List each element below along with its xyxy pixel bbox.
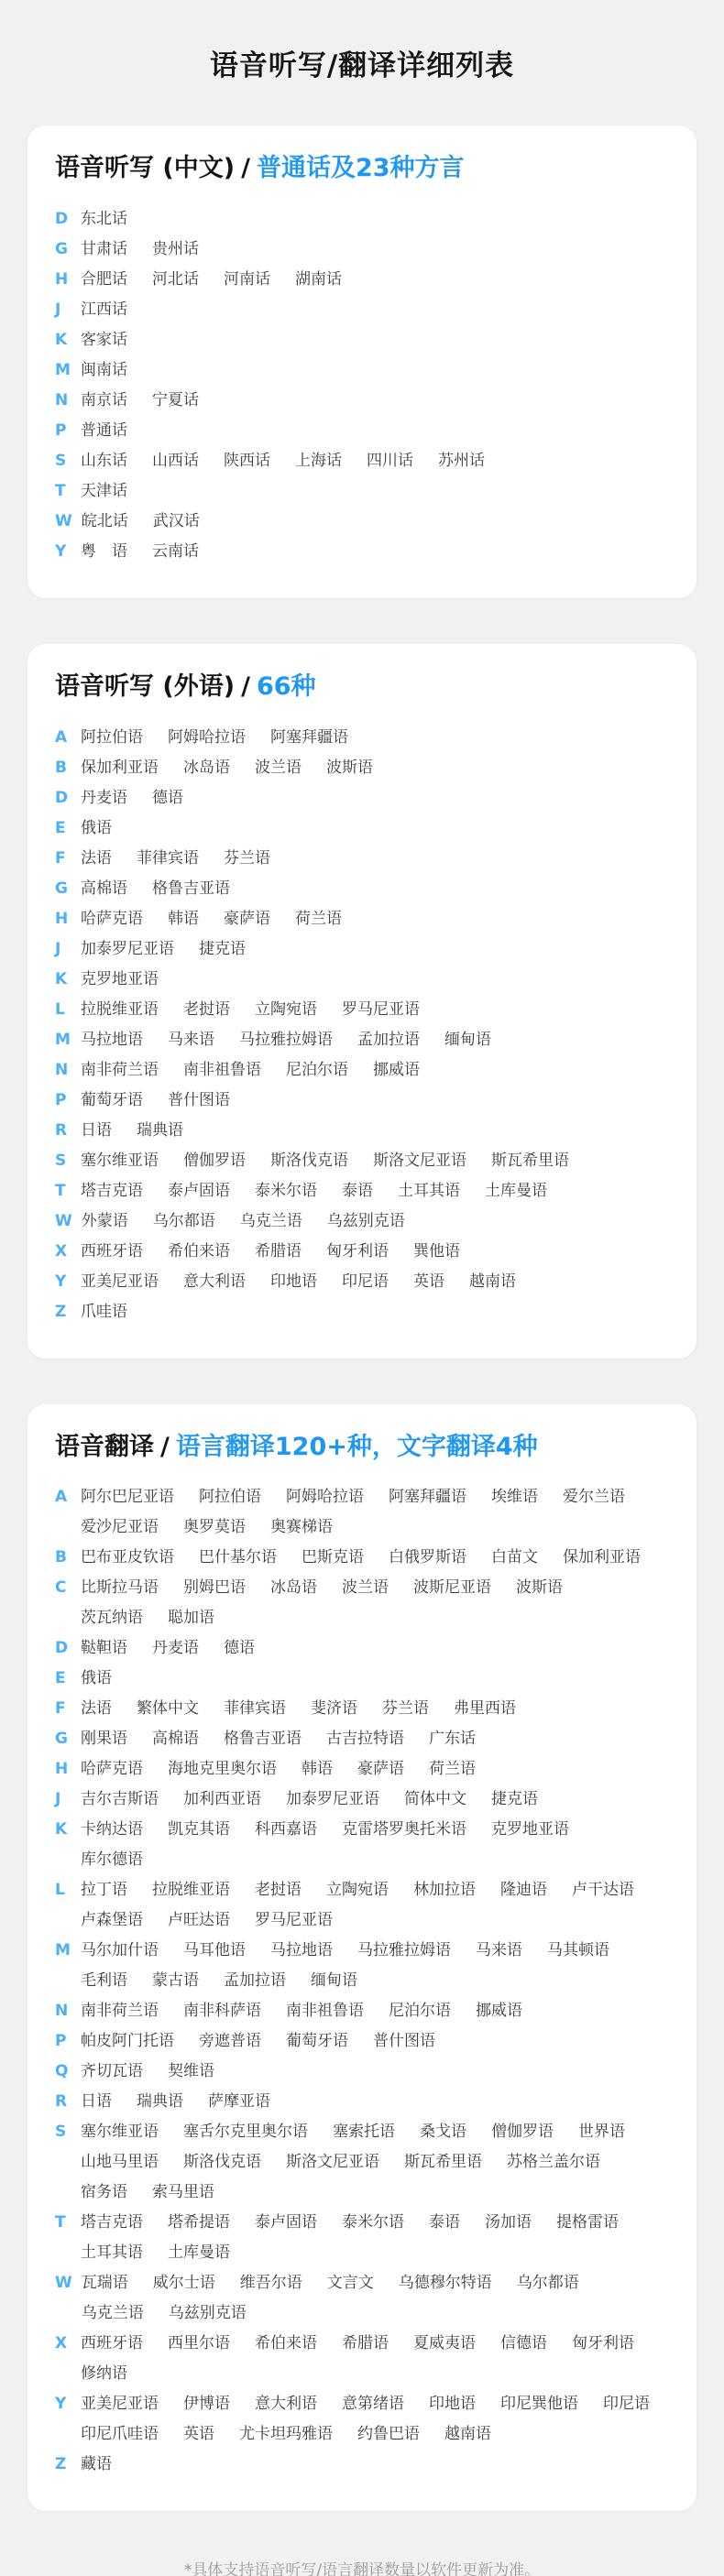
- language-item: 库尔德语: [81, 1845, 143, 1875]
- index-letter: L: [55, 995, 71, 1025]
- index-letter: N: [55, 1996, 71, 2026]
- language-item: 马拉雅拉姆语: [357, 1936, 451, 1966]
- index-letter: H: [55, 265, 71, 295]
- language-item: 老挝语: [183, 995, 230, 1025]
- language-item: 韩语: [302, 1754, 333, 1785]
- language-item: 克罗地亚语: [491, 1815, 569, 1845]
- language-item: 塞舌尔克里奥尔语: [183, 2117, 308, 2147]
- language-item: 白俄罗斯语: [389, 1543, 466, 1573]
- index-letter: H: [55, 904, 71, 934]
- language-item: 越南语: [469, 1267, 516, 1297]
- language-item: 河北话: [152, 265, 199, 295]
- language-item: 塞尔维亚语: [81, 1146, 159, 1176]
- card-heading-blue: 普通话及23种方言: [257, 154, 465, 182]
- language-row: X西班牙语希伯来语希腊语匈牙利语巽他语: [55, 1237, 669, 1267]
- language-item: 冰岛语: [270, 1573, 317, 1603]
- language-item: 葡萄牙语: [81, 1086, 143, 1116]
- language-item: 齐切瓦语: [81, 2057, 143, 2087]
- language-item: 威尔士语: [153, 2268, 215, 2298]
- language-item: 立陶宛语: [326, 1875, 389, 1905]
- language-item: 斐济语: [311, 1694, 357, 1724]
- language-item: 哈萨克语: [81, 904, 143, 934]
- language-item: 土库曼语: [168, 2238, 230, 2268]
- language-item: 旁遮普语: [199, 2026, 261, 2057]
- language-row: N南非荷兰语南非祖鲁语尼泊尔语挪威语: [55, 1055, 669, 1086]
- language-row: N南非荷兰语南非科萨语南非祖鲁语尼泊尔语挪威语: [55, 1996, 669, 2026]
- language-item: 蒙古语: [152, 1966, 199, 1996]
- index-letter: B: [55, 753, 71, 783]
- language-item: 乌兹别克语: [169, 2298, 247, 2329]
- language-item: 捷克语: [491, 1785, 538, 1815]
- language-item: 塔吉克语: [81, 1176, 143, 1206]
- language-item: 泰语: [342, 1176, 373, 1206]
- index-letter: F: [55, 844, 71, 874]
- language-item: 四川话: [367, 446, 413, 476]
- index-letter: D: [55, 783, 71, 813]
- language-item: 阿尔巴尼亚语: [81, 1482, 174, 1512]
- language-item: 繁体中文: [137, 1694, 199, 1724]
- language-row: K卡纳达语凯克其语科西嘉语克雷塔罗奥托米语克罗地亚语库尔德语: [55, 1815, 669, 1875]
- language-item: 葡萄牙语: [286, 2026, 348, 2057]
- language-item: 乌尔都语: [517, 2268, 579, 2298]
- language-item: 印地语: [270, 1267, 317, 1297]
- page-title: 语音听写/翻译详细列表: [0, 0, 724, 83]
- language-item: 克雷塔罗奥托米语: [342, 1815, 466, 1845]
- language-item: 匈牙利语: [572, 2329, 634, 2359]
- index-letter: P: [55, 1086, 71, 1116]
- language-item: 提格雷语: [556, 2208, 619, 2238]
- index-letter: L: [55, 1875, 71, 1905]
- language-item: 埃维语: [491, 1482, 538, 1512]
- language-item: 简体中文: [404, 1785, 466, 1815]
- language-item: 江西话: [81, 295, 127, 325]
- language-item: 罗马尼亚语: [342, 995, 420, 1025]
- language-item: 孟加拉语: [224, 1966, 286, 1996]
- language-item: 马来语: [168, 1025, 214, 1055]
- language-item: 印地语: [429, 2389, 476, 2419]
- language-row: W瓦瑞语威尔士语维吾尔语文言文乌德穆尔特语乌尔都语乌克兰语乌兹别克语: [55, 2268, 669, 2329]
- index-letter: Z: [55, 2450, 71, 2480]
- language-row: E俄语: [55, 1664, 669, 1694]
- language-item: 阿姆哈拉语: [286, 1482, 364, 1512]
- language-item: 卢森堡语: [81, 1905, 143, 1936]
- index-letter: W: [55, 1206, 72, 1237]
- language-row: F法语繁体中文菲律宾语斐济语芬兰语弗里西语: [55, 1694, 669, 1724]
- language-item: 罗马尼亚语: [255, 1905, 333, 1936]
- language-rows: A阿尔巴尼亚语阿拉伯语阿姆哈拉语阿塞拜疆语埃维语爱尔兰语爱沙尼亚语奥罗莫语奥赛梯…: [55, 1482, 669, 2480]
- language-item: 乌克兰语: [82, 2298, 144, 2329]
- language-row: W外蒙语乌尔都语乌克兰语乌兹别克语: [55, 1206, 669, 1237]
- language-item: 希伯来语: [255, 2329, 317, 2359]
- language-row: T塔吉克语塔希提语泰卢固语泰米尔语泰语汤加语提格雷语土耳其语土库曼语: [55, 2208, 669, 2268]
- language-item: 普通话: [81, 416, 127, 446]
- language-item: 林加拉语: [413, 1875, 476, 1905]
- language-item: 夏威夷语: [413, 2329, 476, 2359]
- language-item: 马耳他语: [183, 1936, 246, 1966]
- language-item: 拉脱维亚语: [152, 1875, 230, 1905]
- language-row: J吉尔吉斯语加利西亚语加泰罗尼亚语简体中文捷克语: [55, 1785, 669, 1815]
- language-item: 科西嘉语: [255, 1815, 317, 1845]
- language-item: 西班牙语: [81, 1237, 143, 1267]
- language-item: 爱沙尼亚语: [81, 1512, 159, 1543]
- card-heading: 语音听写 (中文)/普通话及23种方言: [55, 153, 669, 184]
- language-item: 文言文: [327, 2268, 374, 2298]
- language-item: 豪萨语: [357, 1754, 404, 1785]
- card-heading-blue: 语言翻译120+种，文字翻译4种: [176, 1433, 538, 1461]
- language-item: 塔吉克语: [81, 2208, 143, 2238]
- language-item: 南非祖鲁语: [286, 1996, 364, 2026]
- language-item: 外蒙语: [82, 1206, 128, 1237]
- language-item: 荷兰语: [429, 1754, 476, 1785]
- language-item: 斯洛文尼亚语: [373, 1146, 466, 1176]
- index-letter: X: [55, 1237, 71, 1267]
- language-item: 缅甸语: [444, 1025, 491, 1055]
- language-item: 古吉拉特语: [326, 1724, 404, 1754]
- language-row: G高棉语格鲁吉亚语: [55, 874, 669, 904]
- language-row: N南京话宁夏话: [55, 386, 669, 416]
- language-item: 老挝语: [255, 1875, 302, 1905]
- card-voice-translation: 语音翻译/语言翻译120+种，文字翻译4种 A阿尔巴尼亚语阿拉伯语阿姆哈拉语阿塞…: [27, 1404, 697, 2512]
- language-item: 高棉语: [152, 1724, 199, 1754]
- index-letter: E: [55, 813, 71, 844]
- language-item: 南非科萨语: [183, 1996, 261, 2026]
- card-heading-black: 语音翻译: [55, 1433, 154, 1461]
- language-item: 泰语: [429, 2208, 460, 2238]
- language-item: 约鲁巴语: [357, 2419, 420, 2450]
- index-letter: E: [55, 1664, 71, 1694]
- index-letter: J: [55, 934, 71, 965]
- language-item: 挪威语: [476, 1996, 522, 2026]
- language-item: 日语: [81, 2087, 112, 2117]
- language-item: 弗里西语: [454, 1694, 516, 1724]
- index-letter: X: [55, 2329, 71, 2359]
- language-item: 阿姆哈拉语: [168, 723, 246, 753]
- language-item: 保加利亚语: [81, 753, 159, 783]
- language-item: 巴布亚皮钦语: [81, 1543, 174, 1573]
- language-item: 高棉语: [81, 874, 127, 904]
- language-item: 斯洛伐克语: [270, 1146, 348, 1176]
- index-letter: K: [55, 1815, 71, 1845]
- language-item: 粤 语: [81, 537, 127, 567]
- language-item: 卢干达语: [572, 1875, 634, 1905]
- index-letter: P: [55, 416, 71, 446]
- language-item: 南非祖鲁语: [183, 1055, 261, 1086]
- language-row: A阿尔巴尼亚语阿拉伯语阿姆哈拉语阿塞拜疆语埃维语爱尔兰语爱沙尼亚语奥罗莫语奥赛梯…: [55, 1482, 669, 1543]
- language-item: 希腊语: [255, 1237, 302, 1267]
- language-item: 泰卢固语: [168, 1176, 230, 1206]
- card-heading-separator: /: [160, 1433, 170, 1461]
- language-row: M闽南话: [55, 355, 669, 386]
- language-item: 印尼巽他语: [500, 2389, 578, 2419]
- language-row: D丹麦语德语: [55, 783, 669, 813]
- index-letter: H: [55, 1754, 71, 1785]
- language-item: 格鲁吉亚语: [152, 874, 230, 904]
- index-letter: R: [55, 1116, 71, 1146]
- language-row: K客家话: [55, 325, 669, 355]
- language-row: B巴布亚皮钦语巴什基尔语巴斯克语白俄罗斯语白苗文保加利亚语: [55, 1543, 669, 1573]
- language-row: B保加利亚语冰岛语波兰语波斯语: [55, 753, 669, 783]
- index-letter: G: [55, 874, 71, 904]
- language-item: 聪加语: [168, 1603, 214, 1633]
- language-item: 巽他语: [413, 1237, 460, 1267]
- language-item: 克罗地亚语: [81, 965, 159, 995]
- language-row: Z藏语: [55, 2450, 669, 2480]
- language-row: L拉脱维亚语老挝语立陶宛语罗马尼亚语: [55, 995, 669, 1025]
- language-row: Q齐切瓦语契维语: [55, 2057, 669, 2087]
- index-letter: Y: [55, 1267, 71, 1297]
- language-row: M马尔加什语马耳他语马拉地语马拉雅拉姆语马来语马其顿语毛利语蒙古语孟加拉语缅甸语: [55, 1936, 669, 1996]
- language-item: 俄语: [81, 1664, 112, 1694]
- language-item: 南京话: [81, 386, 127, 416]
- language-item: 南非荷兰语: [81, 1055, 159, 1086]
- language-item: 印尼语: [342, 1267, 389, 1297]
- index-letter: B: [55, 1543, 71, 1573]
- language-item: 爱尔兰语: [563, 1482, 625, 1512]
- language-item: 马其顿语: [547, 1936, 609, 1966]
- language-item: 僧伽罗语: [183, 1146, 246, 1176]
- language-item: 塞索托语: [333, 2117, 395, 2147]
- language-row: J江西话: [55, 295, 669, 325]
- language-row: H哈萨克语韩语豪萨语荷兰语: [55, 904, 669, 934]
- language-row: R日语瑞典语: [55, 1116, 669, 1146]
- index-letter: N: [55, 1055, 71, 1086]
- language-row: S塞尔维亚语僧伽罗语斯洛伐克语斯洛文尼亚语斯瓦希里语: [55, 1146, 669, 1176]
- index-letter: A: [55, 1482, 71, 1512]
- language-item: 波斯尼亚语: [413, 1573, 491, 1603]
- index-letter: T: [55, 2208, 71, 2238]
- language-item: 刚果语: [81, 1724, 127, 1754]
- language-item: 意大利语: [255, 2389, 317, 2419]
- language-item: 宿务语: [81, 2178, 127, 2208]
- language-item: 瓦瑞语: [82, 2268, 128, 2298]
- language-item: 乌德穆尔特语: [399, 2268, 492, 2298]
- language-item: 捷克语: [199, 934, 246, 965]
- language-item: 白苗文: [491, 1543, 538, 1573]
- index-letter: R: [55, 2087, 71, 2117]
- language-item: 普什图语: [168, 1086, 230, 1116]
- language-row: M马拉地语马来语马拉雅拉姆语孟加拉语缅甸语: [55, 1025, 669, 1055]
- language-item: 陕西话: [224, 446, 270, 476]
- language-item: 泰米尔语: [255, 1176, 317, 1206]
- language-row: F法语菲律宾语芬兰语: [55, 844, 669, 874]
- language-item: 信德语: [500, 2329, 547, 2359]
- language-item: 英语: [413, 1267, 444, 1297]
- language-item: 丹麦语: [81, 783, 127, 813]
- language-item: 吉尔吉斯语: [81, 1785, 159, 1815]
- language-item: 加泰罗尼亚语: [286, 1785, 379, 1815]
- index-letter: N: [55, 386, 71, 416]
- language-item: 苏州话: [438, 446, 485, 476]
- language-item: 土耳其语: [398, 1176, 460, 1206]
- language-item: 乌克兰语: [240, 1206, 302, 1237]
- language-item: 尤卡坦玛雅语: [239, 2419, 333, 2450]
- index-letter: D: [55, 1633, 71, 1664]
- language-item: 丹麦语: [152, 1633, 199, 1664]
- language-item: 泰米尔语: [342, 2208, 404, 2238]
- index-letter: T: [55, 1176, 71, 1206]
- language-item: 波兰语: [255, 753, 302, 783]
- language-item: 汤加语: [485, 2208, 532, 2238]
- index-letter: P: [55, 2026, 71, 2057]
- index-letter: K: [55, 325, 71, 355]
- language-item: 世界语: [578, 2117, 625, 2147]
- language-item: 萨摩亚语: [208, 2087, 270, 2117]
- language-item: 比斯拉马语: [81, 1573, 159, 1603]
- index-letter: M: [55, 1936, 71, 1966]
- language-item: 马来语: [476, 1936, 522, 1966]
- language-item: 阿拉伯语: [199, 1482, 261, 1512]
- language-row: Y亚美尼亚语意大利语印地语印尼语英语越南语: [55, 1267, 669, 1297]
- language-item: 鞑靼语: [81, 1633, 127, 1664]
- index-letter: T: [55, 476, 71, 507]
- language-item: 希腊语: [342, 2329, 389, 2359]
- language-item: 奥赛梯语: [270, 1512, 333, 1543]
- language-row: J加泰罗尼亚语捷克语: [55, 934, 669, 965]
- language-item: 塔希提语: [168, 2208, 230, 2238]
- language-row: T塔吉克语泰卢固语泰米尔语泰语土耳其语土库曼语: [55, 1176, 669, 1206]
- language-row: S山东话山西话陕西话上海话四川话苏州话: [55, 446, 669, 476]
- language-item: 西班牙语: [81, 2329, 143, 2359]
- language-item: 阿拉伯语: [81, 723, 143, 753]
- language-item: 合肥话: [81, 265, 127, 295]
- language-item: 卢旺达语: [168, 1905, 230, 1936]
- card-heading-separator: /: [241, 672, 250, 701]
- footnote: *具体支持语音听写/语言翻译数量以软件更新为准。: [0, 2557, 724, 2576]
- language-row: P普通话: [55, 416, 669, 446]
- language-item: 海地克里奥尔语: [168, 1754, 277, 1785]
- language-item: 凯克其语: [168, 1815, 230, 1845]
- language-item: 修纳语: [81, 2359, 127, 2389]
- language-item: 马拉地语: [270, 1936, 333, 1966]
- card-heading-blue: 66种: [257, 672, 316, 701]
- language-row: H哈萨克语海地克里奥尔语韩语豪萨语荷兰语: [55, 1754, 669, 1785]
- language-item: 南非荷兰语: [81, 1996, 159, 2026]
- index-letter: S: [55, 1146, 71, 1176]
- language-item: 尼泊尔语: [286, 1055, 348, 1086]
- language-item: 日语: [81, 1116, 112, 1146]
- language-item: 别姆巴语: [183, 1573, 246, 1603]
- index-letter: S: [55, 446, 71, 476]
- index-letter: Y: [55, 2389, 71, 2419]
- language-item: 闽南话: [81, 355, 127, 386]
- language-item: 斯瓦希里语: [491, 1146, 569, 1176]
- language-item: 泰卢固语: [255, 2208, 317, 2238]
- index-letter: S: [55, 2117, 71, 2147]
- language-item: 孟加拉语: [357, 1025, 420, 1055]
- language-row: G甘肃话贵州话: [55, 235, 669, 265]
- language-row: K克罗地亚语: [55, 965, 669, 995]
- language-item: 天津话: [81, 476, 127, 507]
- language-rows: D东北话G甘肃话贵州话H合肥话河北话河南话湖南话J江西话K客家话M闽南话N南京话…: [55, 204, 669, 567]
- language-item: 隆迪语: [500, 1875, 547, 1905]
- language-item: 山地马里语: [81, 2147, 159, 2178]
- language-item: 保加利亚语: [563, 1543, 641, 1573]
- language-item: 瑞典语: [137, 2087, 183, 2117]
- language-item: 云南话: [152, 537, 199, 567]
- language-item: 加泰罗尼亚语: [81, 934, 174, 965]
- language-item: 韩语: [168, 904, 199, 934]
- index-letter: Y: [55, 537, 71, 567]
- language-item: 东北话: [81, 204, 127, 235]
- language-row: W皖北话武汉话: [55, 507, 669, 537]
- card-mandarin-dictation: 语音听写 (中文)/普通话及23种方言 D东北话G甘肃话贵州话H合肥话河北话河南…: [27, 126, 697, 598]
- language-item: 马拉雅拉姆语: [239, 1025, 333, 1055]
- language-item: 马尔加什语: [81, 1936, 159, 1966]
- language-item: 斯瓦希里语: [404, 2147, 482, 2178]
- language-item: 英语: [183, 2419, 214, 2450]
- language-item: 挪威语: [373, 1055, 420, 1086]
- language-row: A阿拉伯语阿姆哈拉语阿塞拜疆语: [55, 723, 669, 753]
- language-item: 土耳其语: [81, 2238, 143, 2268]
- language-row: Y亚美尼亚语伊博语意大利语意第绪语印地语印尼巽他语印尼语印尼爪哇语英语尤卡坦玛雅…: [55, 2389, 669, 2450]
- language-item: 希伯来语: [168, 1237, 230, 1267]
- language-item: 维吾尔语: [240, 2268, 302, 2298]
- language-item: 芬兰语: [224, 844, 270, 874]
- index-letter: Q: [55, 2057, 71, 2087]
- language-item: 索马里语: [152, 2178, 214, 2208]
- language-row: D鞑靼语丹麦语德语: [55, 1633, 669, 1664]
- language-item: 哈萨克语: [81, 1754, 143, 1785]
- language-item: 湖南话: [295, 265, 342, 295]
- index-letter: J: [55, 295, 71, 325]
- language-item: 俄语: [81, 813, 112, 844]
- language-item: 拉脱维亚语: [81, 995, 159, 1025]
- language-item: 斯洛伐克语: [183, 2147, 261, 2178]
- language-item: 塞尔维亚语: [81, 2117, 159, 2147]
- language-item: 皖北话: [82, 507, 128, 537]
- card-heading: 语音翻译/语言翻译120+种，文字翻译4种: [55, 1432, 669, 1463]
- card-heading-black: 语音听写 (外语): [55, 672, 235, 701]
- language-item: 阿塞拜疆语: [270, 723, 348, 753]
- language-item: 普什图语: [373, 2026, 435, 2057]
- language-row: P帕皮阿门托语旁遮普语葡萄牙语普什图语: [55, 2026, 669, 2057]
- language-item: 拉丁语: [81, 1875, 127, 1905]
- language-item: 豪萨语: [224, 904, 270, 934]
- language-item: 乌尔都语: [153, 1206, 215, 1237]
- language-item: 亚美尼亚语: [81, 1267, 159, 1297]
- language-item: 广东话: [429, 1724, 476, 1754]
- language-item: 僧伽罗语: [491, 2117, 554, 2147]
- language-row: P葡萄牙语普什图语: [55, 1086, 669, 1116]
- index-letter: C: [55, 1573, 71, 1603]
- index-letter: W: [55, 2268, 72, 2298]
- language-row: C比斯拉马语别姆巴语冰岛语波兰语波斯尼亚语波斯语茨瓦纳语聪加语: [55, 1573, 669, 1633]
- card-heading-black: 语音听写 (中文): [55, 154, 235, 182]
- language-row: Y粤 语云南话: [55, 537, 669, 567]
- language-item: 意第绪语: [342, 2389, 404, 2419]
- index-letter: M: [55, 355, 71, 386]
- index-letter: M: [55, 1025, 71, 1055]
- language-row: E俄语: [55, 813, 669, 844]
- language-item: 意大利语: [183, 1267, 246, 1297]
- language-item: 西里尔语: [168, 2329, 230, 2359]
- index-letter: F: [55, 1694, 71, 1724]
- language-row: Z爪哇语: [55, 1297, 669, 1327]
- language-item: 卡纳达语: [81, 1815, 143, 1845]
- language-item: 毛利语: [81, 1966, 127, 1996]
- language-item: 加利西亚语: [183, 1785, 261, 1815]
- language-row: X西班牙语西里尔语希伯来语希腊语夏威夷语信德语匈牙利语修纳语: [55, 2329, 669, 2389]
- language-row: G刚果语高棉语格鲁吉亚语古吉拉特语广东话: [55, 1724, 669, 1754]
- language-item: 巴什基尔语: [199, 1543, 277, 1573]
- card-foreign-dictation: 语音听写 (外语)/66种 A阿拉伯语阿姆哈拉语阿塞拜疆语B保加利亚语冰岛语波兰…: [27, 644, 697, 1359]
- language-item: 帕皮阿门托语: [81, 2026, 174, 2057]
- index-letter: D: [55, 204, 71, 235]
- language-item: 冰岛语: [183, 753, 230, 783]
- language-item: 乌兹别克语: [327, 1206, 405, 1237]
- index-letter: A: [55, 723, 71, 753]
- language-item: 越南语: [444, 2419, 491, 2450]
